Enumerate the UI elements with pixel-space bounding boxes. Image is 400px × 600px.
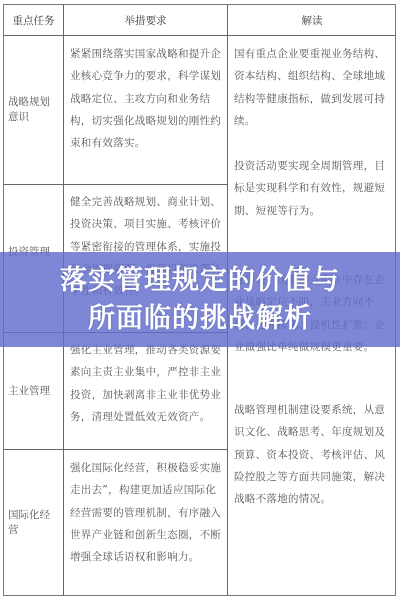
interpretation-paragraph: 投资活动要实现全周期管理，目标是实现科学和有效性，规避短期、短视等行为。 <box>228 155 396 222</box>
requirement-cell: 强化国际化经营，积极稳妥实施走出去”，构建更加适应国际化经营需要的管理机制，有序… <box>64 457 227 568</box>
header-task: 重点任务 <box>4 5 63 35</box>
interpretation-paragraph: 国有重点企业要重视业务结构、资本结构、组织结构、全球地域结构等健康指标，做到发展… <box>228 43 396 132</box>
requirement-cell: 强化主业管理，推动各类资源要素向主责主业集中，严控非主业投资，加快剥离非主业非优… <box>64 339 227 428</box>
task-cell: 国际化经营 <box>4 450 63 596</box>
banner-title-line-2: 所面临的挑战解析 <box>88 300 312 338</box>
header-interpretation: 解读 <box>228 5 396 35</box>
banner-title-line-1: 落实管理规定的价值与 <box>60 262 340 300</box>
header-requirement: 举措要求 <box>64 5 227 35</box>
task-cell: 主业管理 <box>4 333 63 449</box>
interpretation-paragraph: 战略管理机制建设要系统，从意识文化、战略思考、年度规划及预算、资本投资、考核评估… <box>228 399 396 510</box>
requirement-cell: 紧紧围绕落实国家战略和提升企业核心竞争力的要求，科学谋划战略定位、主攻方向和业务… <box>64 43 227 154</box>
task-cell: 战略规划意识 <box>4 36 63 184</box>
title-banner: 落实管理规定的价值与 所面临的挑战解析 <box>0 252 400 347</box>
